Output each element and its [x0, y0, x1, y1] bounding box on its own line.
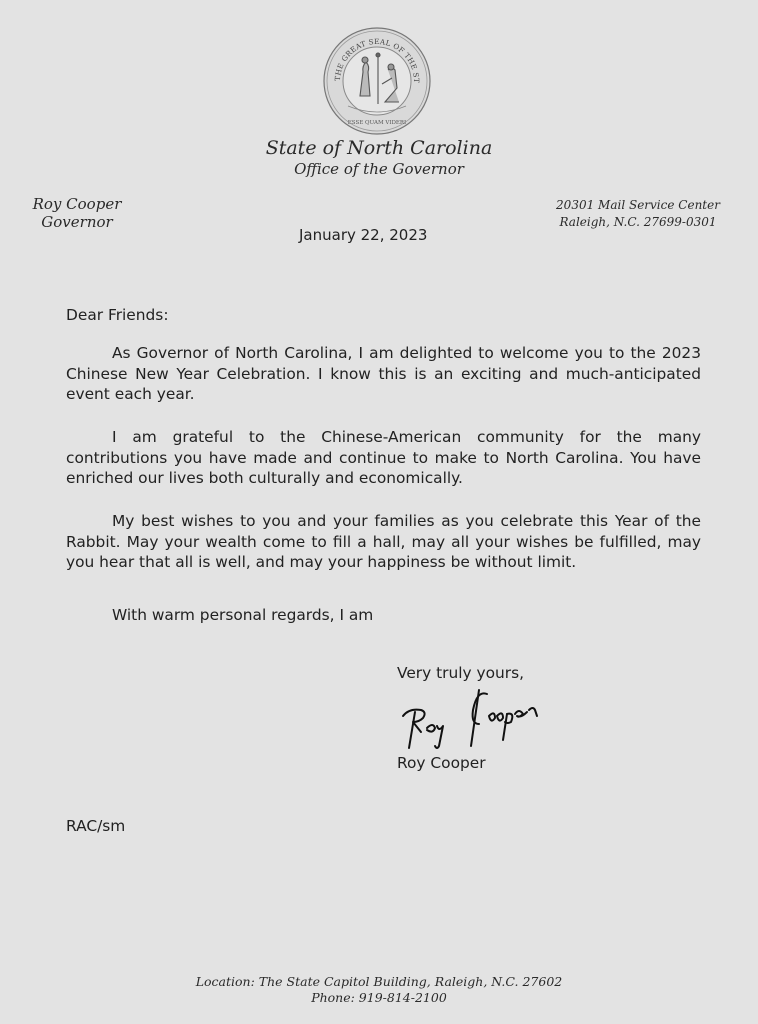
closing-line: With warm personal regards, I am [112, 605, 373, 626]
paragraph-3: My best wishes to you and your families … [66, 511, 701, 573]
paragraph-3-text: My best wishes to you and your families … [66, 512, 701, 571]
paragraph-2: I am grateful to the Chinese-American co… [66, 427, 701, 489]
paragraph-1: As Governor of North Carolina, I am deli… [66, 343, 701, 405]
paragraph-2-text: I am grateful to the Chinese-American co… [66, 428, 701, 487]
footer-phone: Phone: 919-814-2100 [0, 990, 758, 1006]
valediction: Very truly yours, [397, 663, 524, 684]
paragraph-1-text: As Governor of North Carolina, I am deli… [66, 344, 701, 403]
signer-name: Roy Cooper [397, 753, 486, 774]
address-line-2: Raleigh, N.C. 27699-0301 [538, 214, 738, 231]
svg-text:ESSE QUAM VIDERI: ESSE QUAM VIDERI [348, 120, 406, 126]
office-title: Office of the Governor [0, 160, 758, 178]
state-seal-icon: THE GREAT SEAL OF THE STATE OF NORTH CAR… [318, 26, 436, 136]
footer-location: Location: The State Capitol Building, Ra… [0, 974, 758, 990]
state-title: State of North Carolina [0, 137, 758, 159]
signature-icon [395, 686, 550, 752]
governor-block: Roy Cooper Governor [12, 195, 142, 231]
salutation: Dear Friends: [66, 305, 169, 326]
footer: Location: The State Capitol Building, Ra… [0, 974, 758, 1006]
address-line-1: 20301 Mail Service Center [538, 197, 738, 214]
governor-name: Roy Cooper [12, 195, 142, 213]
letter-date: January 22, 2023 [299, 226, 427, 244]
governor-title: Governor [12, 213, 142, 231]
reference-initials: RAC/sm [66, 816, 125, 837]
mailing-address: 20301 Mail Service Center Raleigh, N.C. … [538, 197, 738, 231]
